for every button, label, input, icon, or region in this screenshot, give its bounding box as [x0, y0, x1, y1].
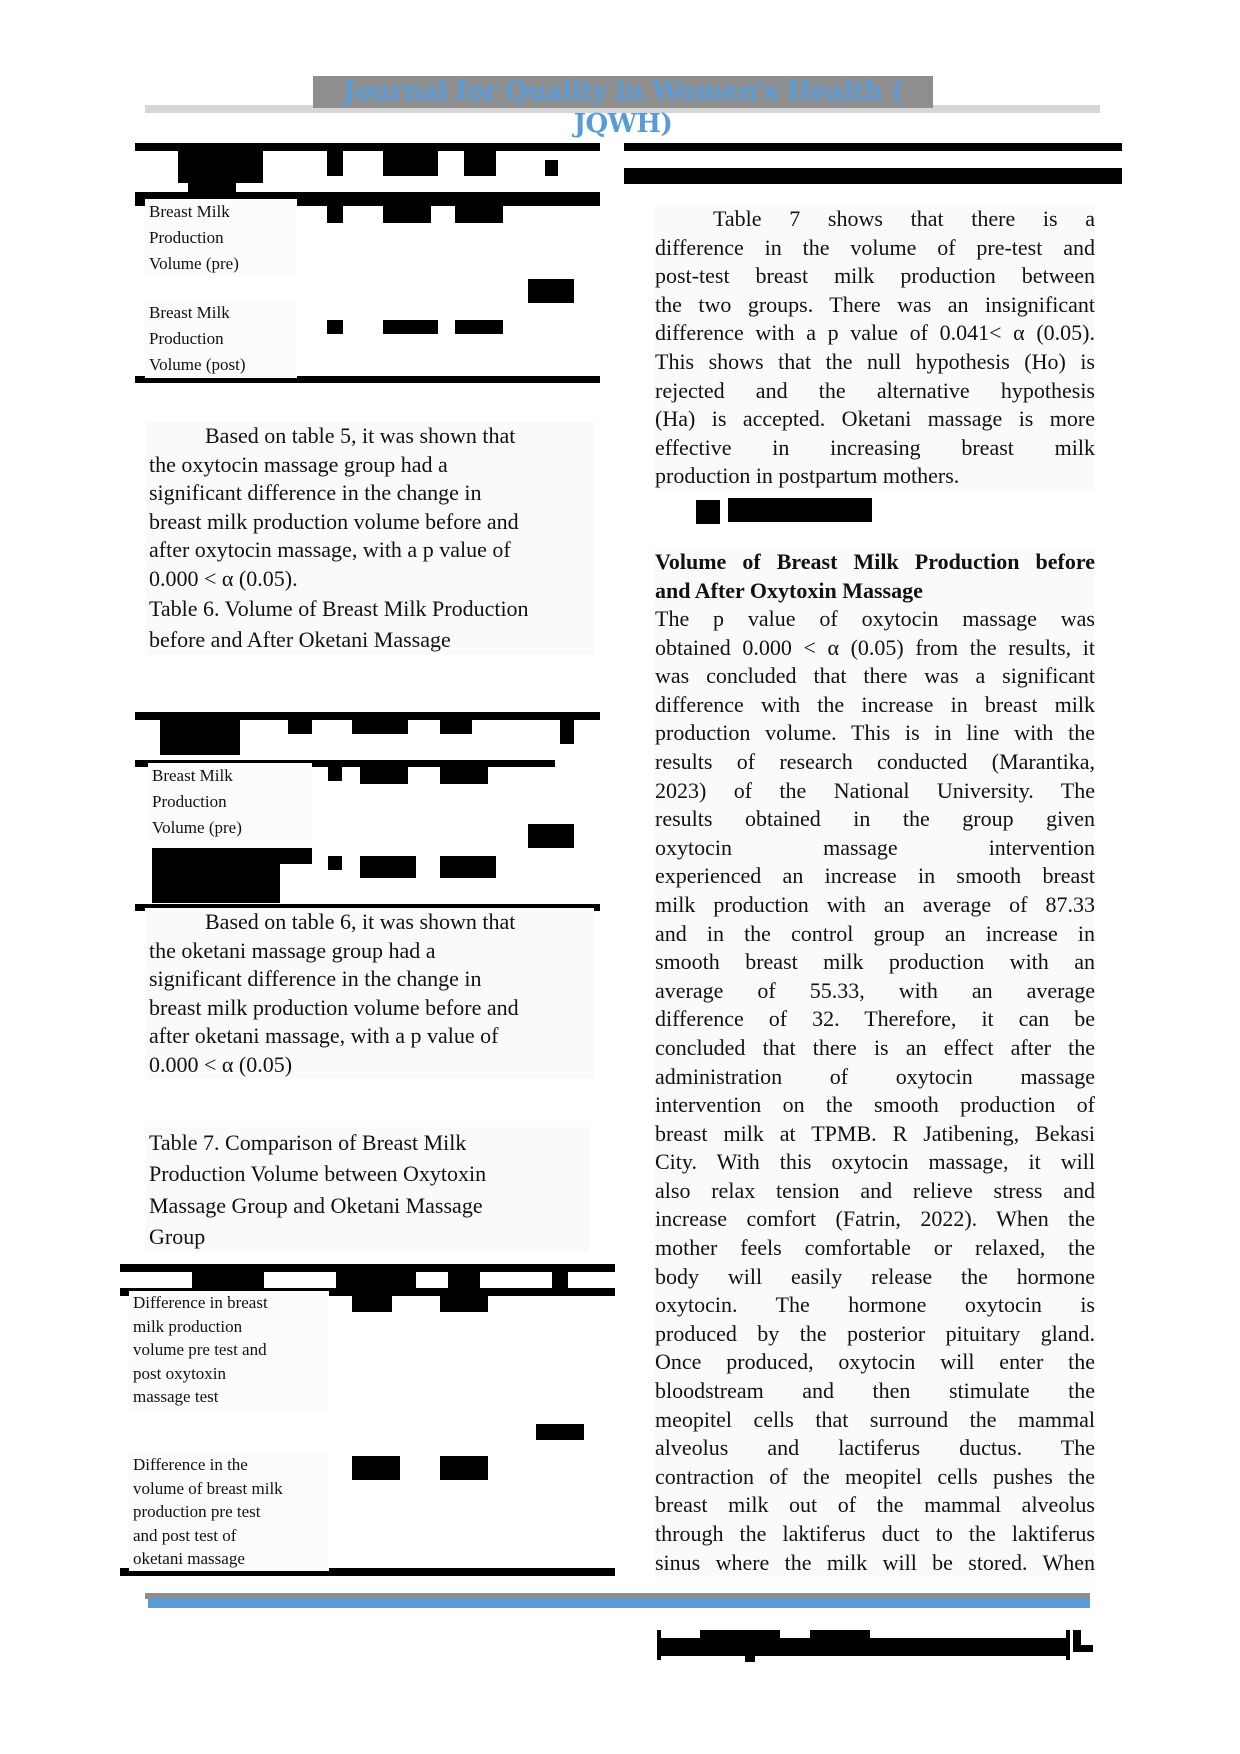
redacted-header-cell: [440, 720, 472, 734]
redacted-value: [528, 279, 574, 303]
redacted-header-cell: [383, 151, 438, 176]
text-line: the two groups. There was an insignifica…: [655, 291, 1095, 320]
text-line: the oxytocin massage group had a: [149, 451, 594, 480]
table-top-rule: [120, 1264, 615, 1272]
text-line: breast milk production volume before and: [149, 994, 594, 1023]
redacted-value: [440, 1456, 488, 1480]
text-line: was concluded that there was a significa…: [655, 662, 1095, 691]
text-line: Based on table 6, it was shown that: [149, 908, 594, 937]
caption-line: Table 7. Comparison of Breast Milk: [149, 1127, 589, 1158]
redacted-header-cell: [552, 1272, 568, 1288]
text-line: The p value of oxytocin massage was: [655, 605, 1095, 634]
caption-line: Table 6. Volume of Breast Milk Productio…: [149, 593, 594, 624]
table-row-label: Breast Milk Production Volume (post): [145, 300, 297, 378]
text-line: sinus where the milk will be stored. Whe…: [655, 1549, 1095, 1578]
redacted-header-cell: [327, 151, 343, 176]
redacted-header-cell: [160, 720, 240, 755]
redacted-header-cell: [464, 151, 496, 176]
text-line: through the laktiferus duct to the lakti…: [655, 1520, 1095, 1549]
text-line: results of research conducted (Marantika…: [655, 748, 1095, 777]
text-line: Once produced, oxytocin will enter the: [655, 1348, 1095, 1377]
text-line: and in the control group an increase in: [655, 920, 1095, 949]
discussion-paragraph: The p value of oxytocin massage was obta…: [655, 605, 1095, 1577]
label-line: Volume (post): [149, 352, 297, 378]
label-line: milk production: [133, 1315, 329, 1339]
label-line: Volume (pre): [149, 251, 297, 277]
label-line: Breast Milk: [149, 199, 297, 225]
label-line: and post test of: [133, 1524, 329, 1548]
text-line: the oketani massage group had a: [149, 937, 594, 966]
text-line: concluded that there is an effect after …: [655, 1034, 1095, 1063]
label-line: Production: [152, 789, 312, 815]
redacted-header-cell: [192, 1272, 264, 1288]
label-line: Difference in the: [133, 1453, 329, 1477]
redacted-row-label: [152, 848, 280, 903]
redacted-row-label: [264, 848, 312, 864]
label-line: volume of breast milk: [133, 1477, 329, 1501]
redacted-value: [360, 767, 408, 784]
redacted-value: [440, 856, 496, 878]
label-line: Breast Milk: [152, 763, 312, 789]
text-line: increase comfort (Fatrin, 2022). When th…: [655, 1205, 1095, 1234]
table-row-label: Difference in the volume of breast milk …: [129, 1453, 329, 1571]
text-line: administration of oxytocin massage: [655, 1063, 1095, 1092]
redacted-header-cell: [336, 1272, 416, 1288]
right-top-rule: [624, 143, 1122, 151]
redacted-value: [383, 320, 438, 334]
label-line: Production: [149, 326, 297, 352]
redacted-value: [455, 320, 503, 334]
text-line: post-test breast milk production between: [655, 262, 1095, 291]
text-line: breast milk at TPMB. R Jatibening, Bekas…: [655, 1120, 1095, 1149]
redacted-value: [328, 767, 342, 781]
text-line: Based on table 5, it was shown that: [149, 422, 594, 451]
text-line: 2023) of the National University. The: [655, 777, 1095, 806]
caption-line: Group: [149, 1221, 589, 1252]
text-line: 0.000 < α (0.05): [149, 1051, 594, 1080]
redacted-mark: [696, 500, 720, 524]
redacted-value: [360, 856, 416, 878]
redacted-header-cell: [545, 160, 558, 176]
redacted-value: [455, 206, 503, 223]
heading-line: Volume of Breast Milk Production before: [655, 548, 1095, 577]
text-line: significant difference in the change in: [149, 965, 594, 994]
paragraph-table7: Table 7 shows that there is a difference…: [655, 205, 1095, 491]
text-line: oxytocin massage intervention: [655, 834, 1095, 863]
table-top-rule: [135, 712, 600, 720]
text-line: mother feels comfortable or relaxed, the: [655, 1234, 1095, 1263]
caption-line: Production Volume between Oxytoxin: [149, 1158, 589, 1189]
text-line: Table 7 shows that there is a: [655, 205, 1095, 234]
footer-accent-rule: [148, 1598, 1090, 1608]
redacted-header-cell: [448, 1272, 480, 1288]
heading-line: and After Oxytoxin Massage: [655, 577, 1095, 606]
redacted-value: [440, 767, 488, 784]
text-line: difference with the increase in breast m…: [655, 691, 1095, 720]
text-line: significant difference in the change in: [149, 479, 594, 508]
text-line: intervention on the smooth production of: [655, 1091, 1095, 1120]
label-line: massage test: [133, 1385, 329, 1409]
label-line: production pre test: [133, 1500, 329, 1524]
redacted-header-cell: [352, 720, 408, 734]
redacted-value: [440, 1296, 488, 1312]
redacted-value: [383, 206, 431, 223]
label-line: volume pre test and: [133, 1338, 329, 1362]
redacted-mark: [728, 498, 872, 522]
label-line: Volume (pre): [152, 815, 312, 841]
label-line: Production: [149, 225, 297, 251]
text-line: difference of 32. Therefore, it can be: [655, 1005, 1095, 1034]
redacted-value: [536, 1424, 584, 1440]
caption-line: before and After Oketani Massage: [149, 624, 594, 655]
paragraph-table5: Based on table 5, it was shown that the …: [145, 422, 594, 593]
label-line: Breast Milk: [149, 300, 297, 326]
text-line: meopitel cells that surround the mammal: [655, 1406, 1095, 1435]
journal-title: Journal for Quality in Women's Health ( …: [313, 76, 933, 108]
redacted-header-cell: [288, 720, 312, 734]
text-line: smooth breast milk production with an: [655, 948, 1095, 977]
paragraph-table6: Based on table 6, it was shown that the …: [145, 908, 594, 1079]
text-line: (Ha) is accepted. Oketani massage is mor…: [655, 405, 1095, 434]
text-line: rejected and the alternative hypothesis: [655, 377, 1095, 406]
text-line: oxytocin. The hormone oxytocin is: [655, 1291, 1095, 1320]
label-line: Difference in breast: [133, 1291, 329, 1315]
text-line: contraction of the meopitel cells pushes…: [655, 1463, 1095, 1492]
text-line: 0.000 < α (0.05).: [149, 565, 594, 594]
text-line: bloodstream and then stimulate the: [655, 1377, 1095, 1406]
redacted-value: [327, 320, 343, 334]
text-line: body will easily release the hormone: [655, 1263, 1095, 1292]
text-line: production in postpartum mothers.: [655, 462, 1095, 491]
text-line: City. With this oxytocin massage, it wil…: [655, 1148, 1095, 1177]
table6-caption: Table 6. Volume of Breast Milk Productio…: [145, 593, 594, 655]
table-top-rule: [135, 143, 600, 151]
table-row-label: Breast Milk Production Volume (pre): [145, 199, 297, 277]
redacted-value: [528, 824, 574, 848]
text-line: experienced an increase in smooth breast: [655, 862, 1095, 891]
text-line: production volume. This is in line with …: [655, 719, 1095, 748]
text-line: breast milk out of the mammal alveolus: [655, 1491, 1095, 1520]
text-line: milk production with an average of 87.33: [655, 891, 1095, 920]
text-line: This shows that the null hypothesis (Ho)…: [655, 348, 1095, 377]
text-line: also relax tension and relieve stress an…: [655, 1177, 1095, 1206]
text-line: effective in increasing breast milk: [655, 434, 1095, 463]
redacted-value: [352, 1296, 392, 1312]
caption-line: Massage Group and Oketani Massage: [149, 1190, 589, 1221]
text-line: after oketani massage, with a p value of: [149, 1022, 594, 1051]
text-line: obtained 0.000 < α (0.05) from the resul…: [655, 634, 1095, 663]
label-line: oketani massage: [133, 1547, 329, 1571]
text-line: breast milk production volume before and: [149, 508, 594, 537]
text-line: difference in the volume of pre-test and: [655, 234, 1095, 263]
text-line: after oxytocin massage, with a p value o…: [149, 536, 594, 565]
text-line: average of 55.33, with an average: [655, 977, 1095, 1006]
redacted-header-cell: [188, 178, 236, 192]
text-line: produced by the posterior pituitary glan…: [655, 1320, 1095, 1349]
table-row-label: Breast Milk Production Volume (pre): [148, 763, 312, 841]
redacted-value: [328, 856, 342, 870]
text-line: results obtained in the group given: [655, 805, 1095, 834]
redacted-value: [327, 206, 343, 223]
text-line: alveolus and lactiferus ductus. The: [655, 1434, 1095, 1463]
table-row-label: Difference in breast milk production vol…: [129, 1291, 329, 1411]
section-heading: Volume of Breast Milk Production before …: [655, 548, 1095, 605]
label-line: post oxytoxin: [133, 1362, 329, 1386]
text-line: difference with a p value of 0.041< α (0…: [655, 319, 1095, 348]
redacted-value: [352, 1456, 400, 1480]
redacted-header-cell: [560, 720, 574, 744]
right-redacted-bar: [624, 168, 1122, 184]
table7-caption: Table 7. Comparison of Breast Milk Produ…: [145, 1127, 589, 1252]
